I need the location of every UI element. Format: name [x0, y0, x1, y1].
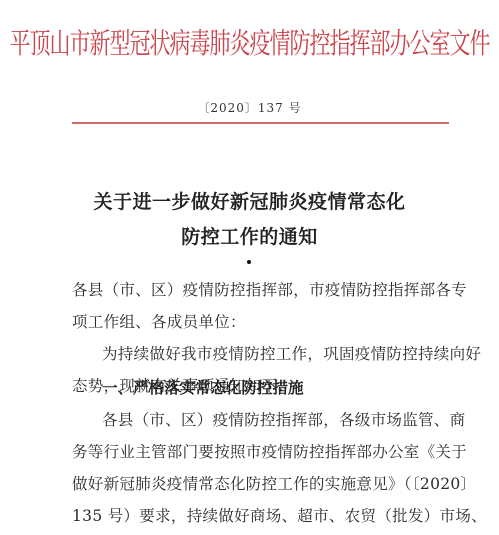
section-1-line-1: 各县（市、区）疫情防控指挥部，各级市场监管、商	[102, 404, 482, 436]
section-1-line-3: 做好新冠肺炎疫情常态化防控工作的实施意见》（〔2020〕	[72, 468, 452, 500]
separator-dot	[247, 260, 251, 264]
red-divider-line	[72, 122, 449, 124]
intro-line-1: 为持续做好我市疫情防控工作，巩固疫情防控持续向好	[102, 338, 482, 370]
addressee-line-1: 各县（市、区）疫情防控指挥部，市疫情防控指挥部各专	[72, 274, 452, 306]
document-title-line-1: 关于进一步做好新冠肺炎疫情常态化	[0, 187, 499, 214]
addressee-line-2: 项工作组、各成员单位：	[72, 306, 452, 338]
section-1-heading: 一、严格落实常态化防控措施	[102, 372, 304, 404]
section-1-line-4: 135 号）要求，持续做好商场、超市、农贸（批发）市场、	[72, 500, 452, 532]
section-1-line-2: 务等行业主管部门要按照市疫情防控指挥部办公室《关于	[72, 436, 452, 468]
issuing-authority-header: 平顶山市新型冠状病毒肺炎疫情防控指挥部办公室文件	[0, 22, 499, 65]
document-number: 〔2020〕137 号	[0, 99, 499, 117]
document-title-line-2: 防控工作的通知	[0, 222, 499, 249]
